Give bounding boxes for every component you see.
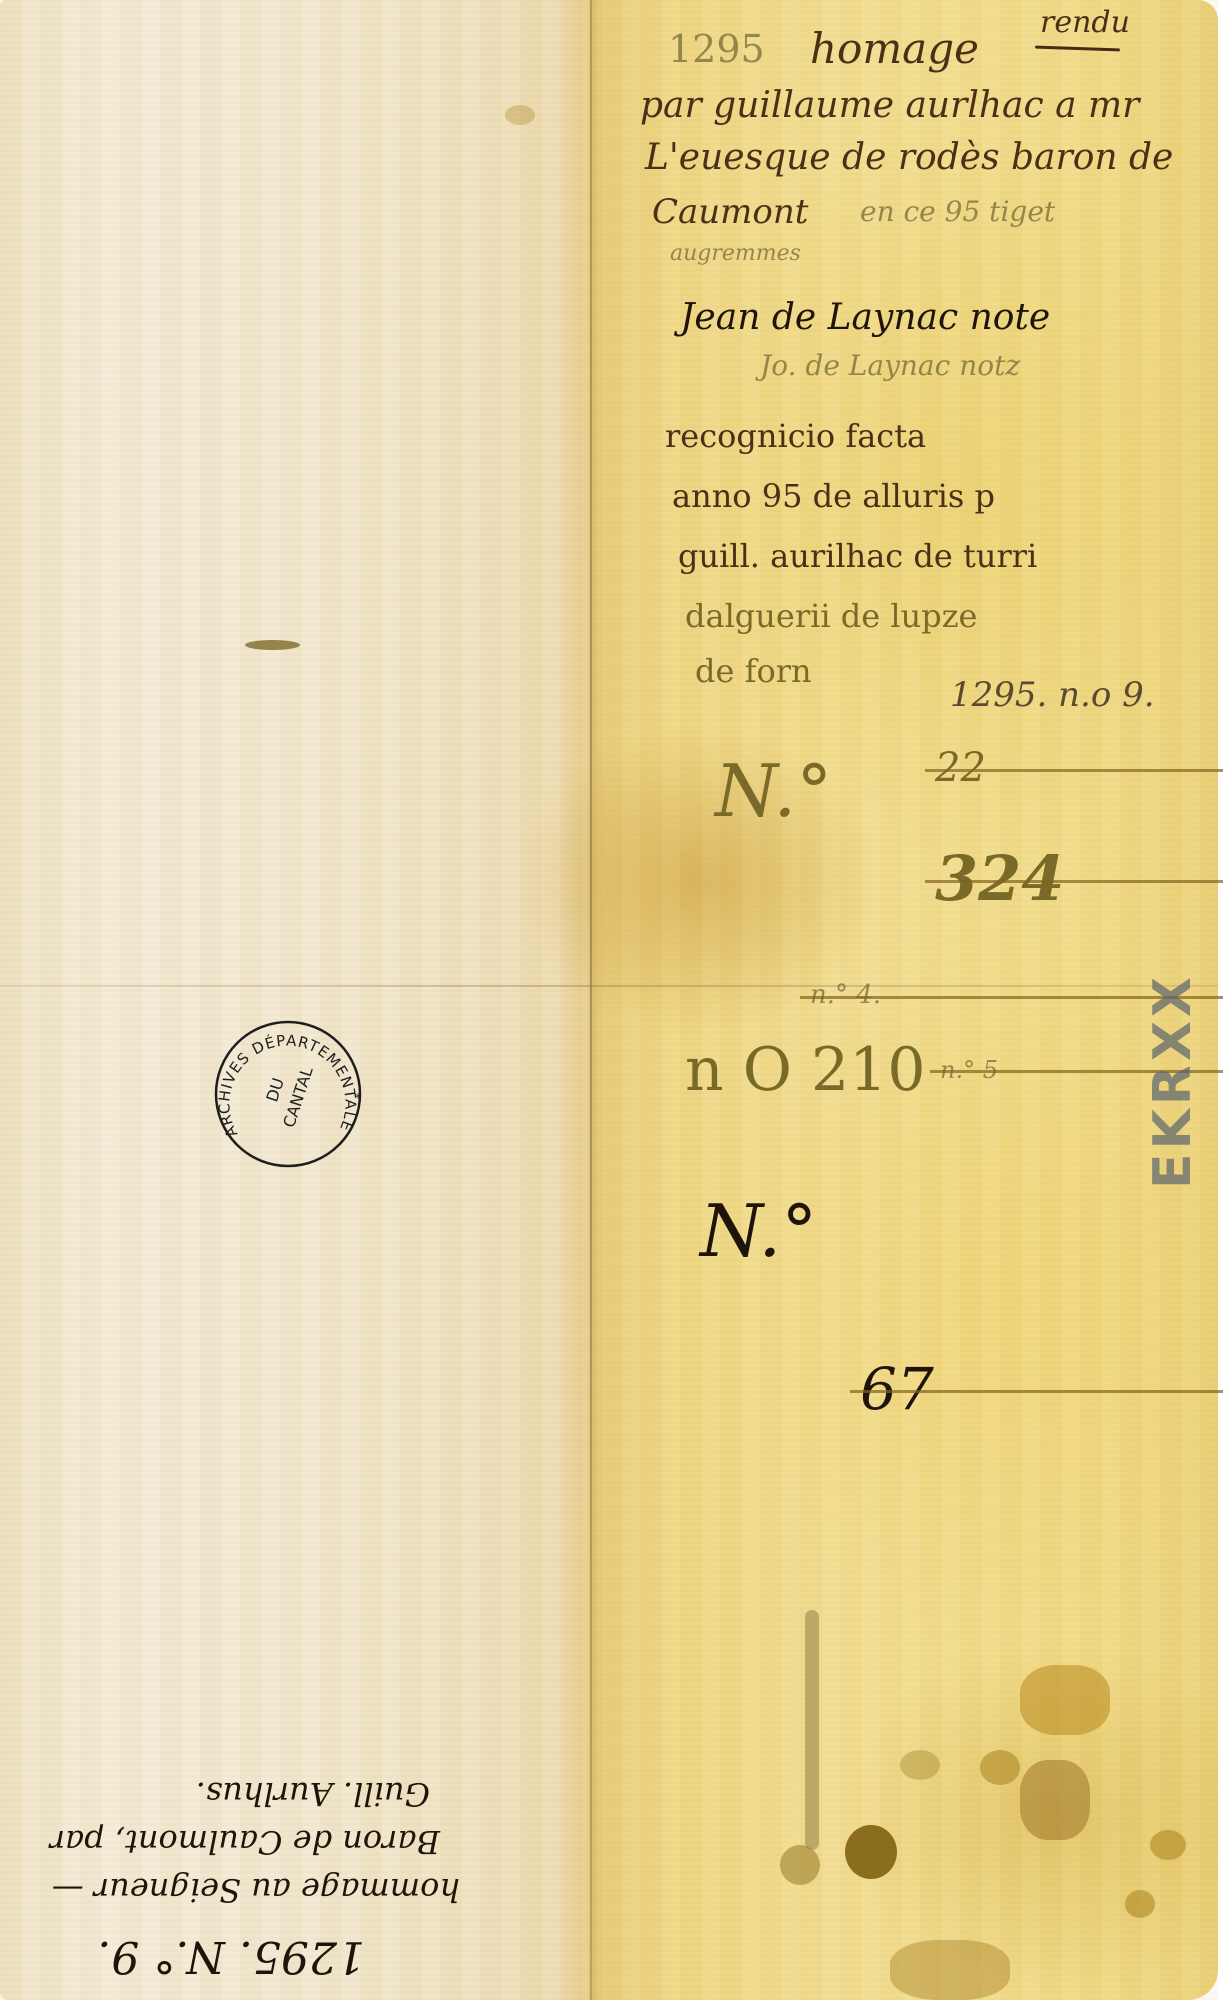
document-page: 1295 homage rendu par guillaume aurlhac …	[0, 0, 1223, 2000]
medieval-note-line-3: guill. aurilhac de turri	[678, 540, 1037, 572]
stain	[1150, 1830, 1186, 1860]
stamp-cantal: CANTAL	[279, 1065, 316, 1130]
shelfmark-1295-no9: 1295. n.o 9.	[950, 678, 1155, 712]
endorsement-line-4-faded: en ce 95 tiget	[860, 198, 1055, 226]
stain	[245, 640, 300, 650]
endorsement-line-3: L'euesque de rodès baron de	[645, 140, 1173, 176]
medieval-note-line-2: anno 95 de alluris p	[672, 480, 995, 512]
medieval-note-line-1: recognicio facta	[665, 420, 926, 452]
shelfmark-struck-324: 324	[935, 848, 1223, 910]
notary-signature: Jean de Laynac note	[680, 300, 1050, 336]
endorsement-rendu: rendu	[1040, 8, 1130, 38]
stain	[780, 1845, 820, 1885]
inverted-line-3: Baron de Caulmont, par	[50, 1826, 440, 1858]
inverted-line-1: 1295. N.° 9.	[97, 1934, 365, 1978]
inverted-line-4: Guill. Aurlhus.	[196, 1778, 430, 1810]
stamp-star: *	[355, 1091, 361, 1105]
faded-year: 1295	[668, 30, 765, 68]
inverted-endorsement: 1295. N.° 9. hommage au Seigneur — Baron…	[20, 1768, 460, 1978]
ink-drip-stain	[805, 1610, 819, 1850]
endorsement-line-4: Caumont	[652, 195, 808, 229]
stain	[890, 1940, 1010, 2000]
shelfmark-no-67: 67	[860, 1360, 1223, 1418]
endorsement-homage: homage	[810, 28, 979, 70]
shelfmark-no-67-prefix: N.°	[700, 1195, 817, 1267]
shelfmark-no-210: n O 210	[685, 1040, 926, 1100]
pencil-mark-vertical: EKRXX	[1147, 973, 1199, 1189]
medieval-note-line-4: dalguerii de lupze	[685, 600, 977, 632]
stain	[1125, 1890, 1155, 1918]
stamp-du: DU	[262, 1075, 287, 1104]
inverted-line-2: hommage au Seigneur —	[52, 1874, 460, 1906]
vertical-fold-line	[590, 0, 592, 2000]
shelfmark-struck-22: 22	[935, 748, 1223, 788]
endorsement-line-5-faded: augremmes	[670, 243, 801, 265]
stain	[980, 1750, 1020, 1785]
stain	[505, 105, 535, 125]
stain	[900, 1750, 940, 1780]
stain	[845, 1825, 897, 1879]
endorsement-line-2: par guillaume aurlhac a mr	[640, 88, 1139, 124]
medieval-note-line-5: de forn	[695, 655, 812, 687]
stain	[1020, 1665, 1110, 1735]
stain	[1020, 1760, 1090, 1840]
archives-cantal-stamp: ARCHIVES DÉPARTEMENTALES * DU CANTAL	[208, 1014, 368, 1174]
shelfmark-no-large: N.°	[715, 755, 832, 827]
notary-faded-line: Jo. de Laynac notz	[760, 352, 1020, 380]
